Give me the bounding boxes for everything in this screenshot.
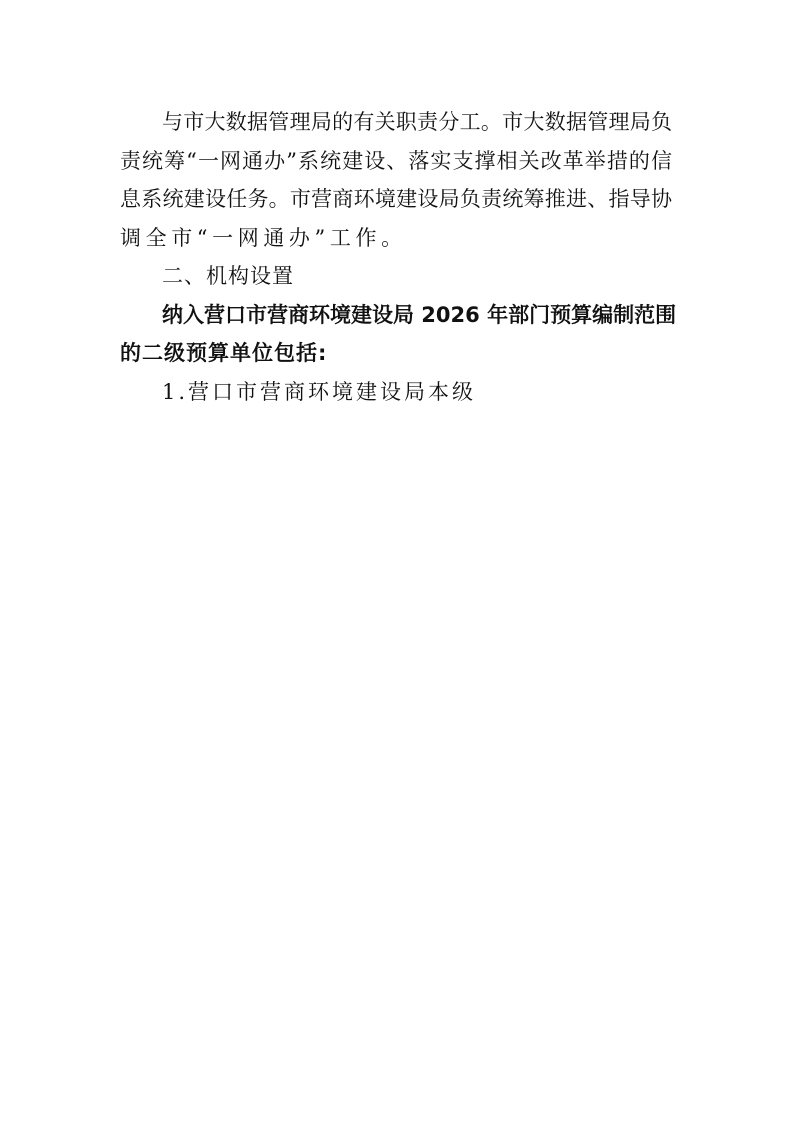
paragraph-budget-scope: 纳入营口市营商环境建设局 2026 年部门预算编制范围 的二级预算单位包括: [120,296,672,373]
bold-paragraph-line: 纳入营口市营商环境建设局 2026 年部门预算编制范围 [120,296,672,335]
paragraph-line: 责统筹“一网通办”系统建设、落实支撑相关改革举措的信 [120,142,672,181]
document-body: 与市大数据管理局的有关职责分工。市大数据管理局负 责统筹“一网通办”系统建设、落… [120,103,672,411]
paragraph-line: 调全市“一网通办”工作。 [120,219,672,258]
paragraph-line: 与市大数据管理局的有关职责分工。市大数据管理局负 [120,103,672,142]
paragraph-line: 息系统建设任务。市营商环境建设局负责统筹推进、指导协 [120,180,672,219]
document-page: 与市大数据管理局的有关职责分工。市大数据管理局负 责统筹“一网通办”系统建设、落… [0,0,793,1122]
list-item: 1.营口市营商环境建设局本级 [120,373,672,412]
budget-unit-list: 1.营口市营商环境建设局本级 [120,373,672,412]
paragraph-responsibilities: 与市大数据管理局的有关职责分工。市大数据管理局负 责统筹“一网通办”系统建设、落… [120,103,672,257]
section-heading: 二、机构设置 [120,257,672,296]
bold-paragraph-line: 的二级预算单位包括: [120,334,672,373]
